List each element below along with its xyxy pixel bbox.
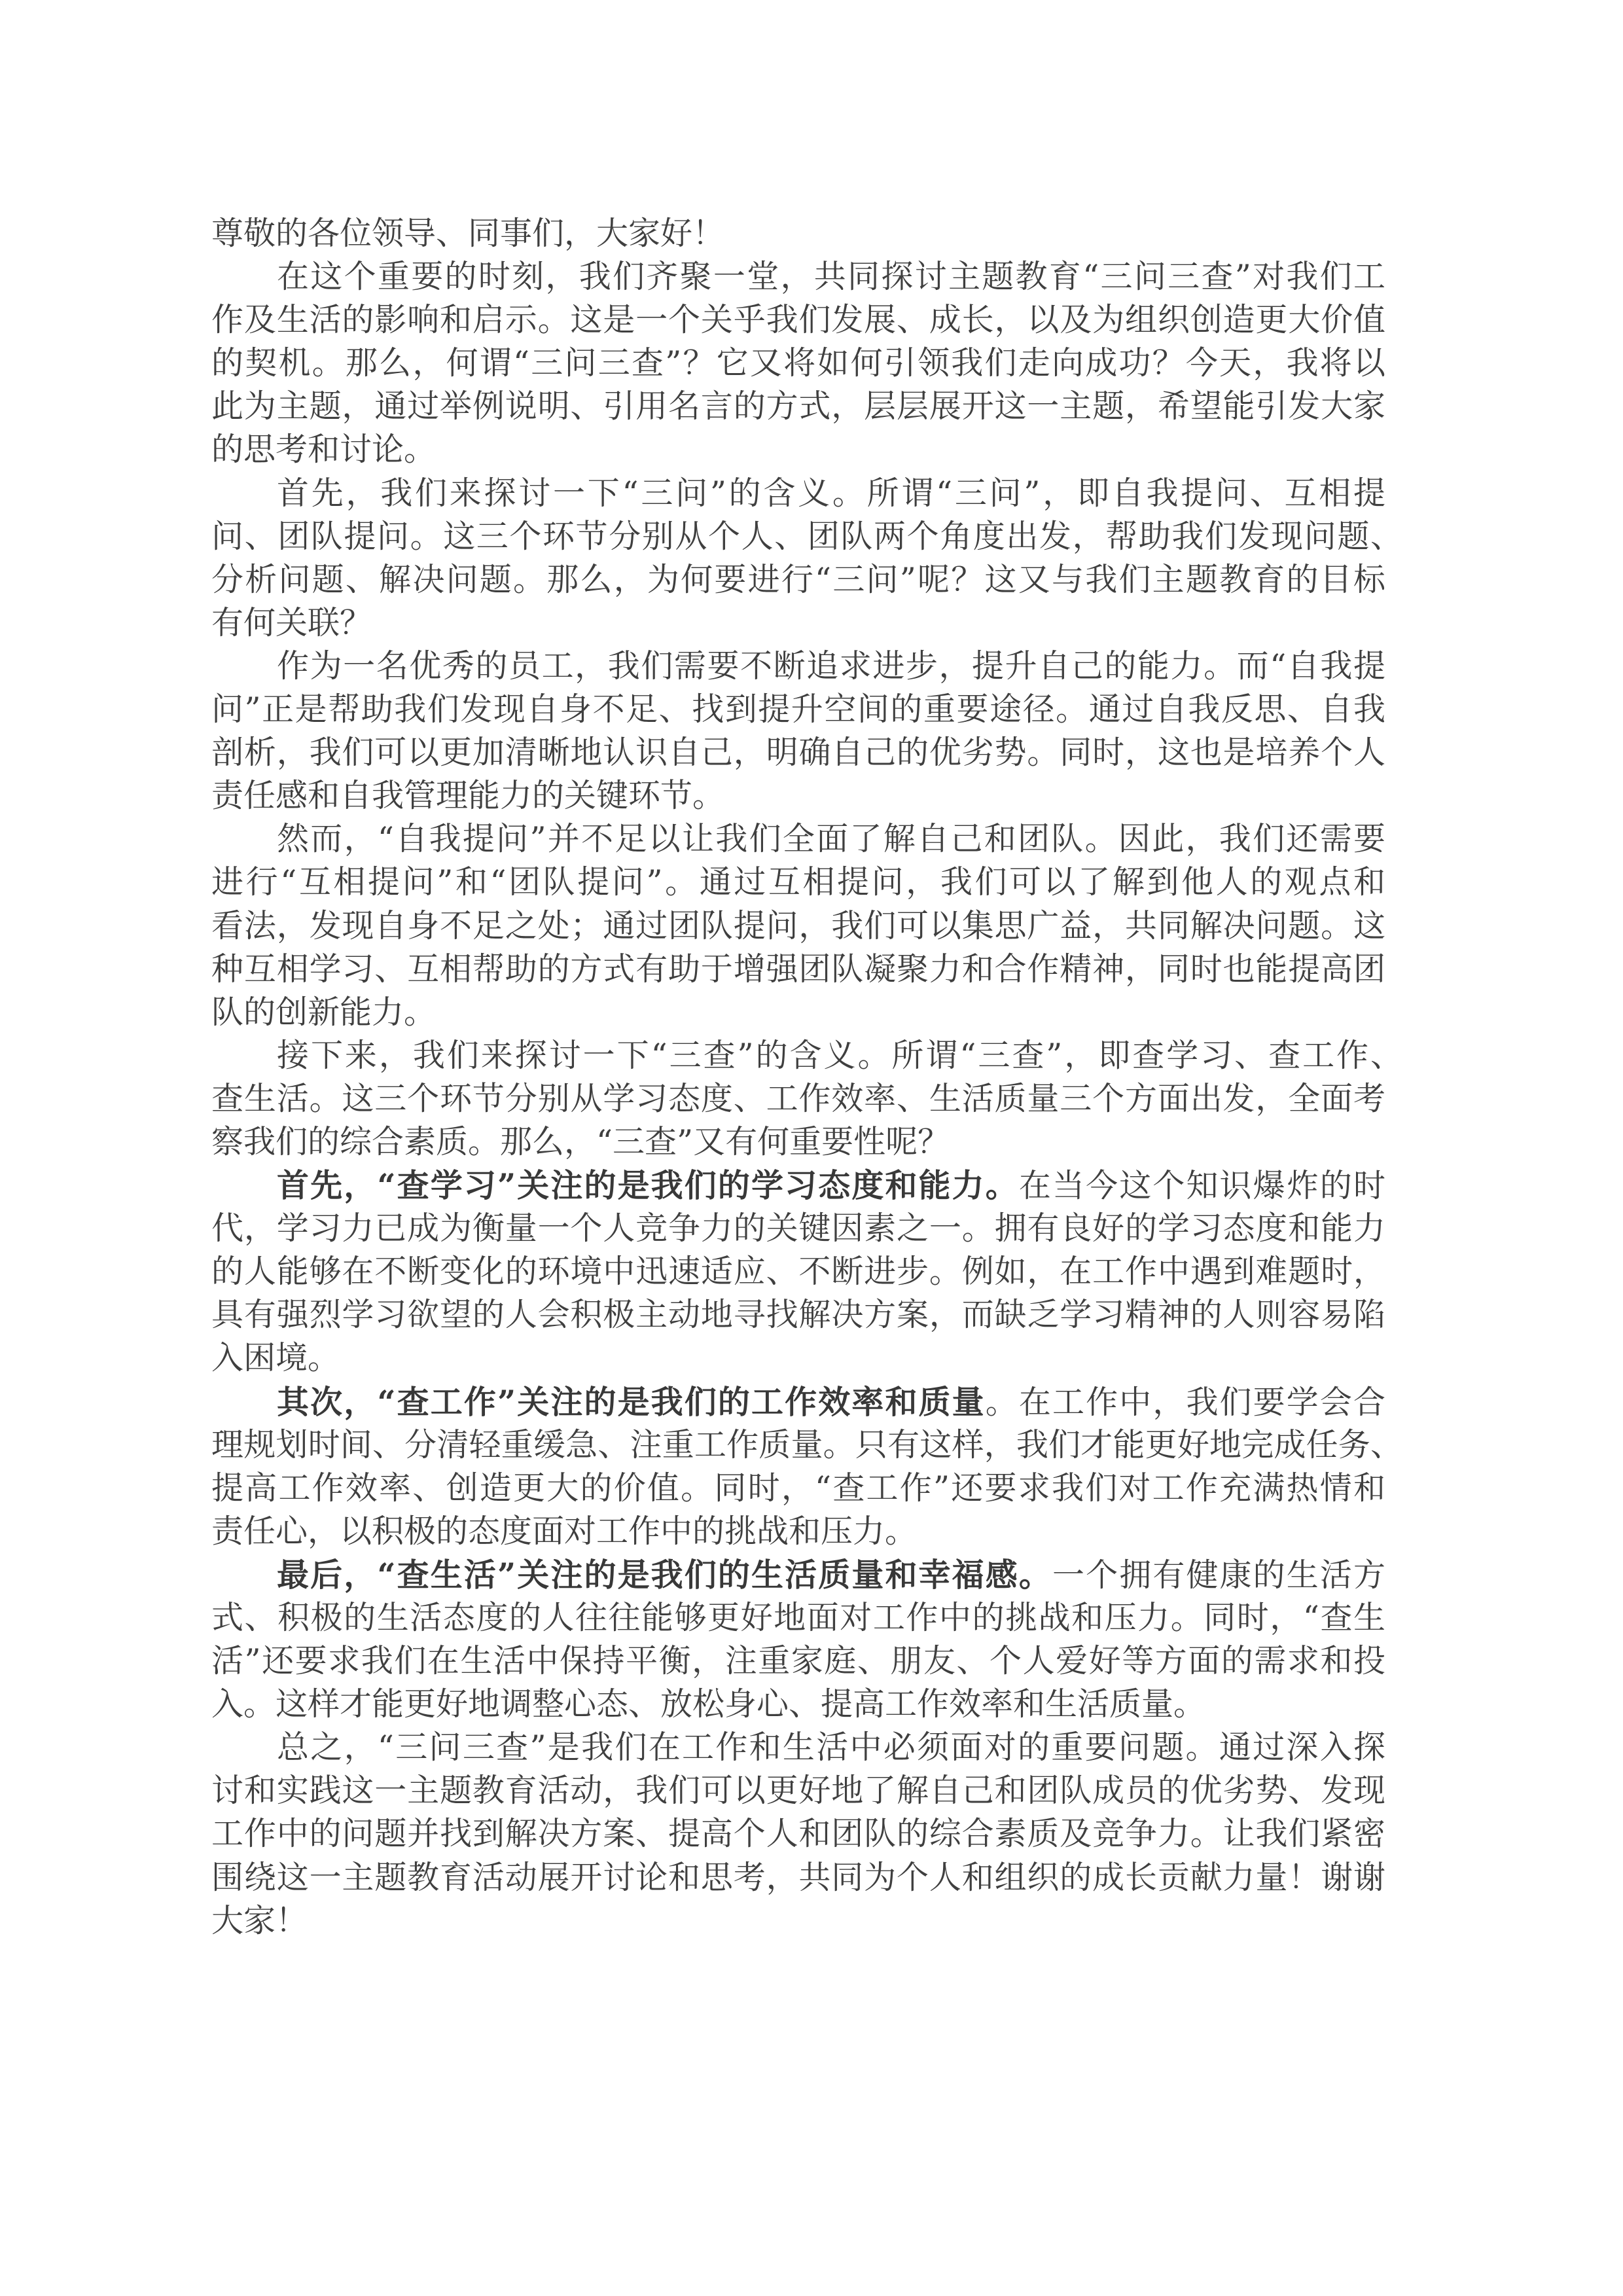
text-line: 提高工作效率、创造更大的价值。同时，“查工作”还要求我们对工作充满热情和: [211, 1467, 1385, 1510]
bold-lead-sentence: 最后，“查生活”关注的是我们的生活质量和幸福感。: [277, 1556, 1052, 1594]
text-line: 入困境。: [211, 1336, 1385, 1380]
line-text: 理规划时间、分清轻重缓急、注重工作质量。只有这样，我们才能更好地完成任务、: [211, 1426, 1402, 1463]
text-line: 队的创新能力。: [211, 991, 1385, 1034]
line-text: 剖析，我们可以更加清晰地认识自己，明确自己的优劣势。同时，这也是培养个人: [211, 734, 1385, 771]
paragraph-three-questions-intro: 首先，我们来探讨一下“三问”的含义。所谓“三问”，即自我提问、互相提问、团队提问…: [211, 472, 1385, 645]
line-text: 作为一名优秀的员工，我们需要不断追求进步，提升自己的能力。而“自我提: [277, 647, 1385, 685]
paragraph-three-checks-intro: 接下来，我们来探讨一下“三查”的含义。所谓“三查”，即查学习、查工作、查生活。这…: [211, 1034, 1385, 1164]
line-text: 。在工作中，我们要学会合: [986, 1384, 1385, 1421]
line-text: 的人能够在不断变化的环境中迅速适应、不断进步。例如，在工作中遇到难题时，: [211, 1253, 1385, 1290]
speech-body: 尊敬的各位领导、同事们，大家好！在这个重要的时刻，我们齐聚一堂，共同探讨主题教育…: [211, 212, 1385, 1943]
text-line: 作为一名优秀的员工，我们需要不断追求进步，提升自己的能力。而“自我提: [211, 645, 1385, 688]
line-text: 接下来，我们来探讨一下“三查”的含义。所谓“三查”，即查学习、查工作、: [277, 1037, 1402, 1074]
line-text: 进行“互相提问”和“团队提问”。通过互相提问，我们可以了解到他人的观点和: [211, 863, 1385, 901]
line-text: 此为主题，通过举例说明、引用名言的方式，层层展开这一主题，希望能引发大家: [211, 387, 1385, 425]
text-line: 工作中的问题并找到解决方案、提高个人和团队的综合素质及竞争力。让我们紧密: [211, 1812, 1385, 1856]
text-line: 进行“互相提问”和“团队提问”。通过互相提问，我们可以了解到他人的观点和: [211, 861, 1385, 904]
text-line: 分析问题、解决问题。那么，为何要进行“三问”呢？这又与我们主题教育的目标: [211, 558, 1385, 601]
text-line: 看法，发现自身不足之处；通过团队提问，我们可以集思广益，共同解决问题。这: [211, 905, 1385, 948]
text-line: 理规划时间、分清轻重缓急、注重工作质量。只有这样，我们才能更好地完成任务、: [211, 1424, 1402, 1467]
line-text: 首先，我们来探讨一下“三问”的含义。所谓“三问”，即自我提问、互相提: [277, 475, 1385, 512]
paragraph-check-work: 其次，“查工作”关注的是我们的工作效率和质量。在工作中，我们要学会合理规划时间、…: [211, 1380, 1385, 1553]
text-line: 察我们的综合素质。那么，“三查”又有何重要性呢？: [211, 1121, 1385, 1164]
text-line: 大家！: [211, 1899, 1385, 1943]
line-text: 种互相学习、互相帮助的方式有助于增强团队凝聚力和合作精神，同时也能提高团: [211, 950, 1385, 988]
text-line: 其次，“查工作”关注的是我们的工作效率和质量。在工作中，我们要学会合: [211, 1380, 1385, 1424]
text-line: 具有强烈学习欲望的人会积极主动地寻找解决方案，而缺乏学习精神的人则容易陷: [211, 1293, 1385, 1336]
document-page: 尊敬的各位领导、同事们，大家好！在这个重要的时刻，我们齐聚一堂，共同探讨主题教育…: [0, 0, 1623, 2296]
text-line: 的思考和讨论。: [211, 428, 1385, 471]
text-line: 代，学习力已成为衡量一个人竞争力的关键因素之一。拥有良好的学习态度和能力: [211, 1207, 1385, 1250]
line-text: 式、积极的生活态度的人往往能够更好地面对工作中的挑战和压力。同时，“查生: [211, 1599, 1385, 1636]
line-text: 一个拥有健康的生活方: [1052, 1556, 1385, 1594]
text-line: 剖析，我们可以更加清晰地认识自己，明确自己的优劣势。同时，这也是培养个人: [211, 731, 1385, 774]
line-text: 的思考和讨论。: [211, 431, 436, 468]
line-text: 围绕这一主题教育活动展开讨论和思考，共同为个人和组织的成长贡献力量！谢谢: [211, 1859, 1385, 1896]
line-text: 工作中的问题并找到解决方案、提高个人和团队的综合素质及竞争力。让我们紧密: [211, 1815, 1385, 1852]
line-text: 在当今这个知识爆炸的时: [1019, 1167, 1385, 1204]
line-text: 入困境。: [211, 1339, 340, 1376]
line-text: 看法，发现自身不足之处；通过团队提问，我们可以集思广益，共同解决问题。这: [211, 907, 1385, 944]
line-text: 作及生活的影响和启示。这是一个关乎我们发展、成长，以及为组织创造更大价值: [211, 301, 1385, 338]
text-line: 最后，“查生活”关注的是我们的生活质量和幸福感。一个拥有健康的生活方: [211, 1553, 1385, 1596]
text-line: 问、团队提问。这三个环节分别从个人、团队两个角度出发，帮助我们发现问题、: [211, 515, 1402, 558]
line-text: 查生活。这三个环节分别从学习态度、工作效率、生活质量三个方面出发，全面考: [211, 1080, 1385, 1117]
text-line: 入。这样才能更好地调整心态、放松身心、提高工作效率和生活质量。: [211, 1683, 1385, 1726]
bold-lead-sentence: 其次，“查工作”关注的是我们的工作效率和质量: [277, 1383, 986, 1421]
text-line: 尊敬的各位领导、同事们，大家好！: [211, 212, 1385, 255]
line-text: 讨和实践这一主题教育活动，我们可以更好地了解自己和团队成员的优劣势、发现: [211, 1772, 1385, 1809]
text-line: 首先，我们来探讨一下“三问”的含义。所谓“三问”，即自我提问、互相提: [211, 472, 1385, 515]
paragraph-intro: 在这个重要的时刻，我们齐聚一堂，共同探讨主题教育“三问三查”对我们工作及生活的影…: [211, 255, 1385, 471]
text-line: 讨和实践这一主题教育活动，我们可以更好地了解自己和团队成员的优劣势、发现: [211, 1769, 1385, 1812]
text-line: 在这个重要的时刻，我们齐聚一堂，共同探讨主题教育“三问三查”对我们工: [211, 255, 1385, 298]
line-text: 尊敬的各位领导、同事们，大家好！: [211, 215, 724, 252]
line-text: 大家！: [211, 1902, 308, 1939]
text-line: 总之，“三问三查”是我们在工作和生活中必须面对的重要问题。通过深入探: [211, 1726, 1385, 1769]
line-text: 分析问题、解决问题。那么，为何要进行“三问”呢？这又与我们主题教育的目标: [211, 561, 1385, 598]
line-text: 问、团队提问。这三个环节分别从个人、团队两个角度出发，帮助我们发现问题、: [211, 518, 1402, 555]
text-line: 然而，“自我提问”并不足以让我们全面了解自己和团队。因此，我们还需要: [211, 817, 1385, 861]
text-line: 责任感和自我管理能力的关键环节。: [211, 774, 1385, 817]
text-line: 式、积极的生活态度的人往往能够更好地面对工作中的挑战和压力。同时，“查生: [211, 1596, 1385, 1640]
text-line: 查生活。这三个环节分别从学习态度、工作效率、生活质量三个方面出发，全面考: [211, 1077, 1385, 1121]
line-text: 责任感和自我管理能力的关键环节。: [211, 777, 724, 814]
line-text: 代，学习力已成为衡量一个人竞争力的关键因素之一。拥有良好的学习态度和能力: [211, 1210, 1385, 1247]
text-line: 种互相学习、互相帮助的方式有助于增强团队凝聚力和合作精神，同时也能提高团: [211, 948, 1385, 991]
paragraph-self-questioning: 作为一名优秀的员工，我们需要不断追求进步，提升自己的能力。而“自我提问”正是帮助…: [211, 645, 1385, 817]
text-line: 围绕这一主题教育活动展开讨论和思考，共同为个人和组织的成长贡献力量！谢谢: [211, 1856, 1385, 1899]
paragraph-mutual-team-questioning: 然而，“自我提问”并不足以让我们全面了解自己和团队。因此，我们还需要进行“互相提…: [211, 817, 1385, 1033]
line-text: 有何关联？: [211, 604, 372, 641]
text-line: 责任心，以积极的态度面对工作中的挑战和压力。: [211, 1510, 1385, 1553]
line-text: 的契机。那么，何谓“三问三查”？它又将如何引领我们走向成功？今天，我将以: [211, 344, 1385, 382]
bold-lead-sentence: 首先，“查学习”关注的是我们的学习态度和能力。: [277, 1166, 1019, 1204]
text-line: 活”还要求我们在生活中保持平衡，注重家庭、朋友、个人爱好等方面的需求和投: [211, 1640, 1385, 1683]
line-text: 提高工作效率、创造更大的价值。同时，“查工作”还要求我们对工作充满热情和: [211, 1469, 1385, 1507]
line-text: 队的创新能力。: [211, 994, 436, 1031]
text-line: 作及生活的影响和启示。这是一个关乎我们发展、成长，以及为组织创造更大价值: [211, 298, 1385, 342]
line-text: 入。这样才能更好地调整心态、放松身心、提高工作效率和生活质量。: [211, 1685, 1205, 1723]
paragraph-check-life: 最后，“查生活”关注的是我们的生活质量和幸福感。一个拥有健康的生活方式、积极的生…: [211, 1553, 1385, 1726]
paragraph-check-learning: 首先，“查学习”关注的是我们的学习态度和能力。在当今这个知识爆炸的时代，学习力已…: [211, 1164, 1385, 1380]
text-line: 的契机。那么，何谓“三问三查”？它又将如何引领我们走向成功？今天，我将以: [211, 342, 1385, 385]
text-line: 此为主题，通过举例说明、引用名言的方式，层层展开这一主题，希望能引发大家: [211, 385, 1385, 428]
text-line: 问”正是帮助我们发现自身不足、找到提升空间的重要途径。通过自我反思、自我: [211, 688, 1385, 731]
text-line: 有何关联？: [211, 601, 1385, 645]
line-text: 在这个重要的时刻，我们齐聚一堂，共同探讨主题教育“三问三查”对我们工: [277, 258, 1385, 295]
paragraph-greeting: 尊敬的各位领导、同事们，大家好！: [211, 212, 1385, 255]
line-text: 问”正是帮助我们发现自身不足、找到提升空间的重要途径。通过自我反思、自我: [211, 691, 1385, 728]
text-line: 的人能够在不断变化的环境中迅速适应、不断进步。例如，在工作中遇到难题时，: [211, 1250, 1385, 1293]
line-text: 具有强烈学习欲望的人会积极主动地寻找解决方案，而缺乏学习精神的人则容易陷: [211, 1296, 1385, 1333]
line-text: 活”还要求我们在生活中保持平衡，注重家庭、朋友、个人爱好等方面的需求和投: [211, 1642, 1385, 1679]
text-line: 首先，“查学习”关注的是我们的学习态度和能力。在当今这个知识爆炸的时: [211, 1164, 1385, 1207]
line-text: 察我们的综合素质。那么，“三查”又有何重要性呢？: [211, 1123, 950, 1160]
line-text: 总之，“三问三查”是我们在工作和生活中必须面对的重要问题。通过深入探: [277, 1729, 1385, 1766]
line-text: 然而，“自我提问”并不足以让我们全面了解自己和团队。因此，我们还需要: [277, 820, 1385, 857]
paragraph-conclusion: 总之，“三问三查”是我们在工作和生活中必须面对的重要问题。通过深入探讨和实践这一…: [211, 1726, 1385, 1942]
line-text: 责任心，以积极的态度面对工作中的挑战和压力。: [211, 1513, 917, 1550]
text-line: 接下来，我们来探讨一下“三查”的含义。所谓“三查”，即查学习、查工作、: [211, 1034, 1402, 1077]
